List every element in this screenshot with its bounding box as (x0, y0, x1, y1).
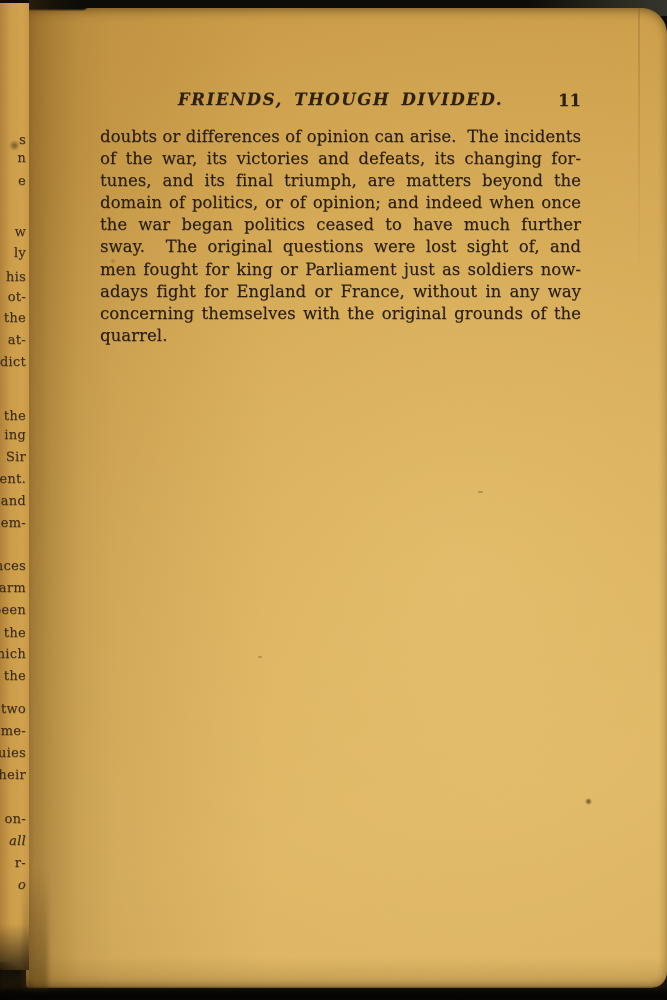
text-line: doubts or differences of opinion can ari… (100, 126, 581, 148)
cut-off-text-fragment: ly (14, 247, 26, 261)
text-line: the war began politics ceased to have mu… (100, 214, 581, 236)
cut-off-text-fragment: ing (4, 429, 26, 443)
previous-page-edge: snewlyhisot-theat-dicttheingSirent.andem… (0, 3, 29, 970)
cut-off-text-fragment: the (4, 312, 26, 326)
text-line: concerning themselves with the original … (100, 303, 581, 325)
cut-off-text-fragment: em- (1, 517, 26, 531)
cut-off-text-fragment: all (9, 835, 26, 849)
paper-spot (585, 798, 592, 805)
cut-off-text-fragment: and (1, 495, 26, 509)
page-number: 11 (558, 91, 581, 110)
cut-off-text-fragment: his (6, 271, 26, 285)
paper-fiber (478, 491, 483, 493)
text-line: men fought for king or Parliament just a… (100, 259, 581, 281)
cut-off-text-fragment: two (1, 703, 26, 717)
cut-off-text-fragment: w (15, 226, 26, 240)
paper-fiber (258, 656, 262, 658)
cut-off-text-fragment: on- (5, 813, 27, 827)
cut-off-text-fragment: s (19, 134, 26, 148)
cut-off-text-fragment: the (4, 670, 26, 684)
cut-off-text-fragment: me- (1, 725, 26, 739)
cut-off-text-fragment: dict (0, 356, 26, 370)
cut-off-text-fragment: e (18, 175, 26, 189)
body-paragraph: doubts or differences of opinion can ari… (100, 126, 581, 347)
cut-off-text-fragment: Sir (6, 451, 26, 465)
cut-off-text-fragment: ent. (0, 473, 26, 487)
cut-off-text-fragment: r- (15, 857, 26, 871)
cut-off-text-fragment: ot- (8, 291, 26, 305)
text-line: adays fight for England or France, witho… (100, 281, 581, 303)
cut-off-text-fragment: the (4, 627, 26, 641)
cut-off-text-fragment: uies (0, 747, 26, 761)
text-line: of the war, its victories and defeats, i… (100, 148, 581, 170)
cut-off-text-fragment: been (0, 604, 26, 618)
cut-off-text-fragment: nces (0, 560, 26, 574)
running-header: FRIENDS, THOUGH DIVIDED. 11 (100, 90, 581, 114)
text-line: tunes, and its final triumph, are matter… (100, 170, 581, 192)
cut-off-text-fragment: at- (8, 334, 26, 348)
page-title: FRIENDS, THOUGH DIVIDED. (100, 90, 581, 109)
cut-off-text-fragment: heir (0, 769, 26, 783)
cut-off-text-fragment: arm (0, 582, 26, 596)
text-line: quarrel. (100, 325, 581, 347)
book-page: FRIENDS, THOUGH DIVIDED. 11 doubts or di… (26, 8, 667, 988)
paper-fold-line (638, 8, 640, 278)
gutter-shadow (29, 0, 79, 1000)
scanned-book-page: FRIENDS, THOUGH DIVIDED. 11 doubts or di… (0, 0, 667, 1000)
text-line: sway. The original questions were lost s… (100, 236, 581, 258)
text-line: domain of politics, or of opinion; and i… (100, 192, 581, 214)
scan-bottom-edge (0, 986, 667, 1000)
cut-off-text-fragment: hich (0, 648, 26, 662)
cut-off-text-fragment: n (17, 152, 26, 166)
cut-off-text-fragment: the (4, 410, 26, 424)
